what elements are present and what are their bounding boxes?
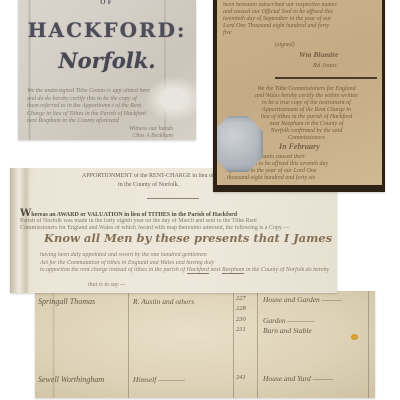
handwriting-line: Witness our hands xyxy=(27,126,187,134)
body-line: to apportion the rent charge instead of … xyxy=(40,267,329,275)
body-text: to apportion the rent charge instead of … xyxy=(40,267,187,273)
plot-number: 227 xyxy=(236,295,246,302)
hackford-name: Hackford xyxy=(187,267,209,274)
handwriting-line: five xyxy=(223,30,378,37)
handwriting-line: Charge in lieu of Tithes in the Parish o… xyxy=(27,111,187,119)
cover-parchment-photo[interactable]: OF HACKFORD: Norfolk. We the undersigned… xyxy=(18,0,196,140)
landowner-name: Springall Thomas xyxy=(38,297,95,306)
plot-number: 230 xyxy=(236,316,246,323)
ink-rule xyxy=(275,77,377,79)
plot-number: 228 xyxy=(236,305,246,312)
premises-description: Garden ———— xyxy=(263,316,314,325)
column-line xyxy=(233,291,234,398)
cover-of-label: OF xyxy=(18,0,196,6)
cover-subtitle: Norfolk. xyxy=(18,48,196,73)
handwriting-line: been hereunto subscribed our respective … xyxy=(223,2,378,9)
column-line xyxy=(257,291,258,398)
certificate-paragraph-1: been hereunto subscribed our respective … xyxy=(223,2,378,37)
handwriting-line: to be a true copy of the instrument of xyxy=(235,100,378,107)
certificate-date-line: In February xyxy=(279,143,320,150)
handwriting-line: and Wales hereby certify the within writ… xyxy=(235,93,378,100)
handwriting-line: next Reepham in the County aforesaid xyxy=(27,118,187,126)
occupier-name: Himself ———— xyxy=(133,375,185,384)
column-line xyxy=(368,291,369,398)
handwriting-line: them referred to in the Apportionm t of … xyxy=(27,103,187,111)
signature-blamire: Wm Blamire xyxy=(299,51,338,58)
signature-jones: Rd Jones xyxy=(313,62,337,69)
plot-number: 241 xyxy=(236,374,246,381)
closing-line: that is to say — xyxy=(88,282,125,288)
handwriting-line: We the undersigned Tithe Comm rs app oin… xyxy=(27,88,187,96)
handwriting-line: Apportionment of the Rent Charge in xyxy=(235,107,378,114)
handwriting-line: lieu of tithes in the parish of Hackford xyxy=(235,114,378,121)
plot-number: 231 xyxy=(236,326,246,333)
body-line: Act for the Commutation of tithes in Eng… xyxy=(40,260,329,268)
body-text: in the County of Norfolk do hereby conse… xyxy=(244,267,329,273)
handwriting-line: Lord One Thousand eight hundred and fort… xyxy=(223,23,378,30)
schedule-table-photo[interactable]: Springall Thomas R. Austin and others 22… xyxy=(35,291,375,398)
wax-mark xyxy=(351,334,358,340)
document-collage: OF HACKFORD: Norfolk. We the undersigned… xyxy=(0,0,400,400)
handwriting-line: and caused our Official Seal to be affix… xyxy=(223,9,378,16)
premises-description: House and Yard ——— xyxy=(263,374,333,383)
reepham-name: Reepham xyxy=(222,267,244,274)
handwriting-line: We the Tithe Commissioners for England xyxy=(235,86,378,93)
cover-handwriting: We the undersigned Tithe Comm rs app oin… xyxy=(27,88,187,140)
whereas-subline: Parish of Norfolk was made in the forty … xyxy=(20,218,334,224)
premises-description: Barn and Stable xyxy=(263,326,312,335)
ink-rule xyxy=(147,198,199,199)
column-line xyxy=(128,291,129,398)
certificate-photo[interactable]: been hereunto subscribed our respective … xyxy=(213,0,385,192)
handwriting-line: and do do hereby certify this to be the … xyxy=(27,96,187,104)
body-line: having been duly appointed and sworn by … xyxy=(40,252,329,260)
occupier-name: R. Austin and others xyxy=(133,297,194,306)
handwriting-line: twentieth day of September in the year o… xyxy=(223,16,378,23)
certificate-paper: been hereunto subscribed our respective … xyxy=(217,0,382,185)
body-text: next xyxy=(209,267,222,273)
signed-label: (signed) xyxy=(275,42,295,49)
handwriting-line: Chas A Beckham xyxy=(27,133,187,140)
premises-description: House and Garden ——— xyxy=(263,295,342,304)
handwriting-line: thousand eight hundred and forty six xyxy=(227,175,378,182)
landowner-name: Sewell Worthingham xyxy=(38,375,104,384)
cover-title: HACKFORD: xyxy=(18,18,196,42)
apportionment-county-line: in the County of Norfolk. xyxy=(118,182,179,188)
know-all-men-heading: Know all Men by these presents that I Ja… xyxy=(44,231,333,245)
